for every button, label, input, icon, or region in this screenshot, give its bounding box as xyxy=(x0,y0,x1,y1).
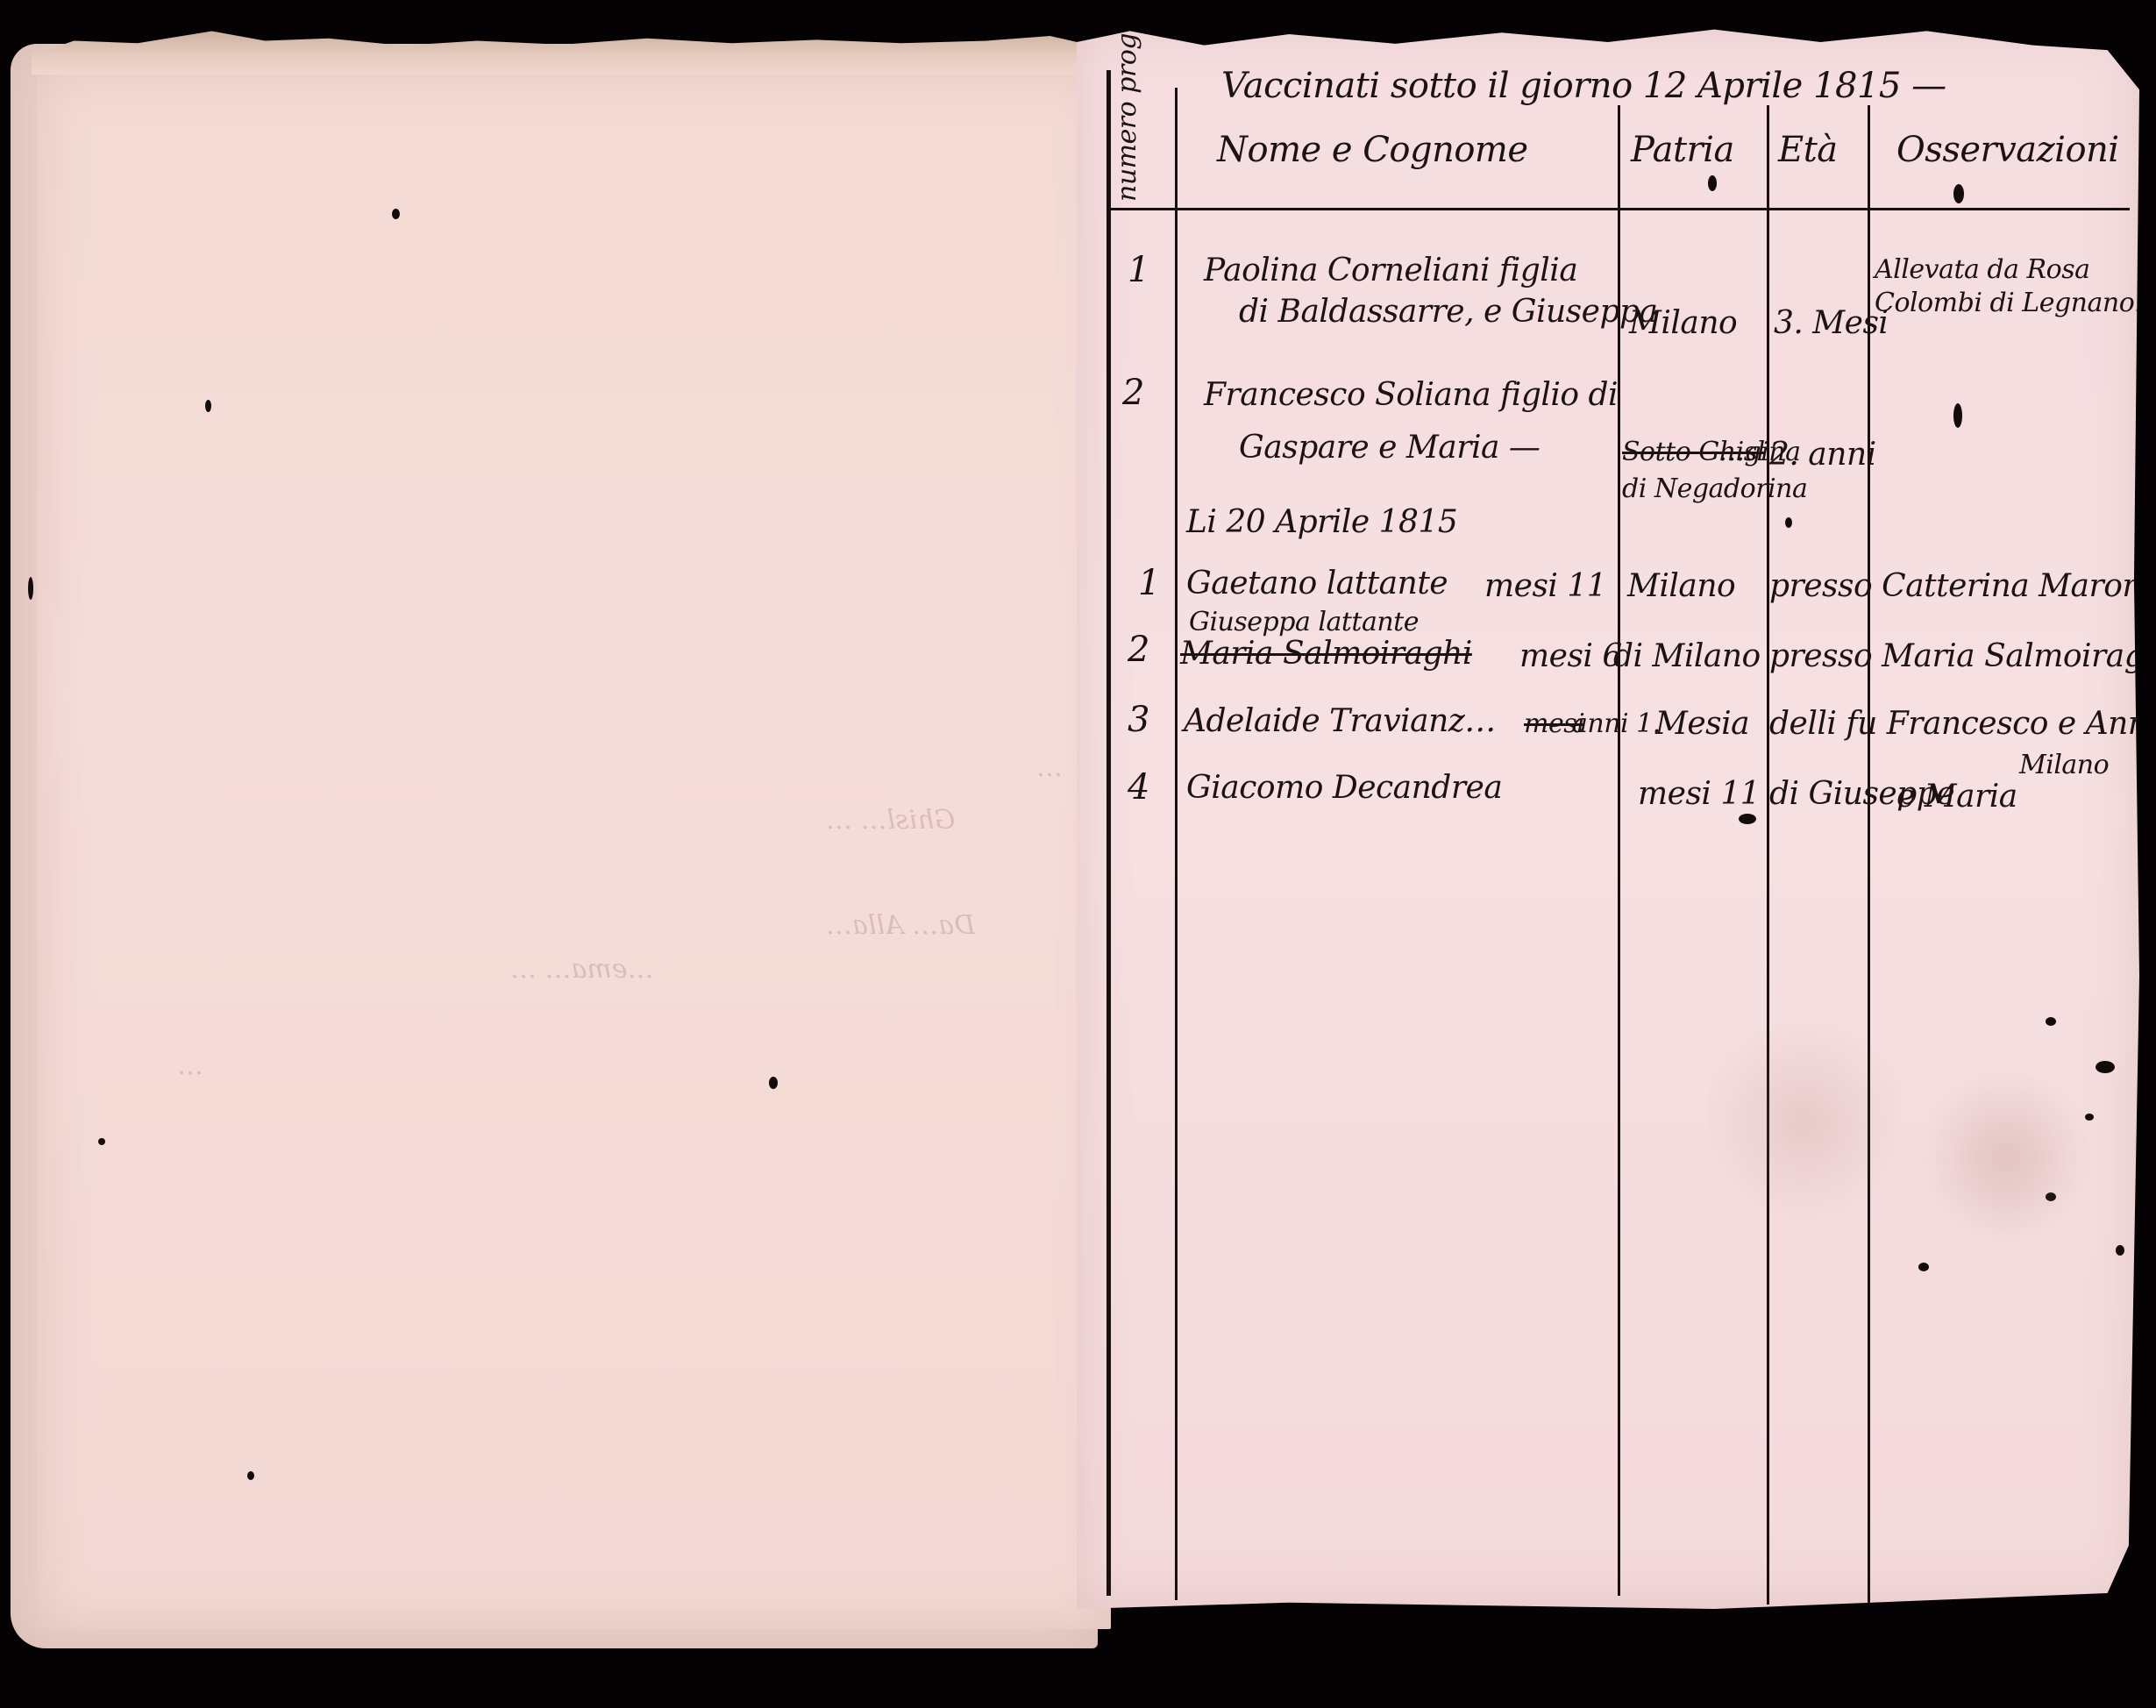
foxing-stain xyxy=(1918,1070,2094,1245)
ink-spot xyxy=(205,400,211,412)
entry-name: Francesco Soliana figlio di xyxy=(1204,377,1618,413)
left-margin-rule xyxy=(1106,70,1111,1596)
ink-spot xyxy=(1739,814,1756,824)
entry-name: Adelaide Travianz… xyxy=(1184,703,1496,739)
entry-number: 2 xyxy=(1128,630,1149,670)
entry-notes: Allevata da Rosa xyxy=(1875,254,2089,285)
column-header-age: Età xyxy=(1778,130,1838,170)
entry-name-struck: Maria Salmoiraghi xyxy=(1180,636,1472,672)
ink-spot xyxy=(769,1077,778,1089)
column-header-notes: Osservazioni xyxy=(1896,130,2119,170)
bleed-through-text: … xyxy=(1036,752,1063,783)
column-rule-number xyxy=(1175,88,1178,1600)
entry-name-cont: Gaspare e Maria — xyxy=(1239,430,1540,466)
entry-name: Paolina Corneliani figlia xyxy=(1204,253,1577,288)
entry-notes: e Maria xyxy=(1896,779,2017,815)
entry-homeland: Mesia xyxy=(1655,706,1749,742)
column-header-number: numero progressivo xyxy=(1112,0,1142,202)
entry-name-inserted: Giuseppa lattante xyxy=(1189,607,1419,637)
entry-notes-cont: Colombi di Legnano. xyxy=(1875,288,2142,318)
entry-age: anni 1. xyxy=(1572,708,1661,739)
column-header-homeland: Patria xyxy=(1631,130,1734,170)
entry-age: mesi 6 xyxy=(1519,638,1622,674)
bleed-through-text: … xyxy=(177,1050,203,1081)
entry-age: mesi 11 xyxy=(1638,776,1760,812)
register-title: Vaccinati sotto il giorno 12 Aprile 1815… xyxy=(1221,66,1946,106)
second-date-heading: Li 20 Aprile 1815 xyxy=(1186,504,1457,540)
entry-name-cont: di Baldassarre, e Giuseppa xyxy=(1239,294,1658,330)
entry-name: Giacomo Decandrea xyxy=(1186,770,1502,806)
column-rule-homeland xyxy=(1767,105,1769,1605)
entry-notes-superscript: Milano xyxy=(2019,750,2109,780)
entry-homeland: Milano xyxy=(1629,305,1737,341)
entry-homeland: di Milano xyxy=(1613,638,1761,674)
left-page: … Ghisl… … Da… Alla… …ema… … … xyxy=(37,68,1111,1629)
ink-spot xyxy=(1708,175,1717,191)
ink-spot xyxy=(2096,1061,2115,1073)
ink-spot xyxy=(28,577,33,600)
right-page-register: numero progressivo Vaccinati sotto il gi… xyxy=(1077,26,2139,1609)
ink-spot xyxy=(2046,1017,2056,1026)
ink-spot xyxy=(392,209,400,219)
entry-notes: delli fu Francesco e Anna di xyxy=(1769,706,2156,742)
entry-homeland-cont: di Negadorina xyxy=(1622,473,1807,504)
ink-spot xyxy=(2116,1245,2124,1256)
entry-number: 3 xyxy=(1128,700,1149,740)
entry-number: 4 xyxy=(1128,767,1149,808)
entry-notes: presso Maria Salmoiraghi xyxy=(1769,638,2156,674)
entry-name: Gaetano lattante xyxy=(1186,566,1448,601)
entry-number: 2 xyxy=(1122,373,1144,413)
bleed-through-text: Ghisl… … xyxy=(826,805,955,836)
entry-number: 1 xyxy=(1138,563,1160,603)
header-rule xyxy=(1108,208,2130,210)
entry-age: 3. Mesi xyxy=(1774,305,1888,341)
ink-spot xyxy=(247,1471,254,1480)
ink-spot xyxy=(1918,1263,1929,1271)
left-page-torn-edge xyxy=(32,26,1092,75)
entry-age: 2. anni xyxy=(1769,437,1876,473)
ink-spot xyxy=(98,1138,105,1145)
ink-spot xyxy=(1785,517,1792,528)
entry-homeland: Milano xyxy=(1627,568,1735,604)
column-header-name: Nome e Cognome xyxy=(1217,130,1528,170)
entry-number: 1 xyxy=(1128,250,1149,290)
bleed-through-text: …ema… … xyxy=(510,954,654,985)
ink-spot xyxy=(1953,184,1964,203)
entry-age: mesi 11 xyxy=(1484,568,1606,604)
ink-spot xyxy=(1953,403,1962,428)
foxing-stain xyxy=(1708,1008,1901,1236)
entry-notes: presso Catterina Maroni xyxy=(1769,568,2152,604)
bleed-through-text: Da… Alla… xyxy=(826,910,975,941)
